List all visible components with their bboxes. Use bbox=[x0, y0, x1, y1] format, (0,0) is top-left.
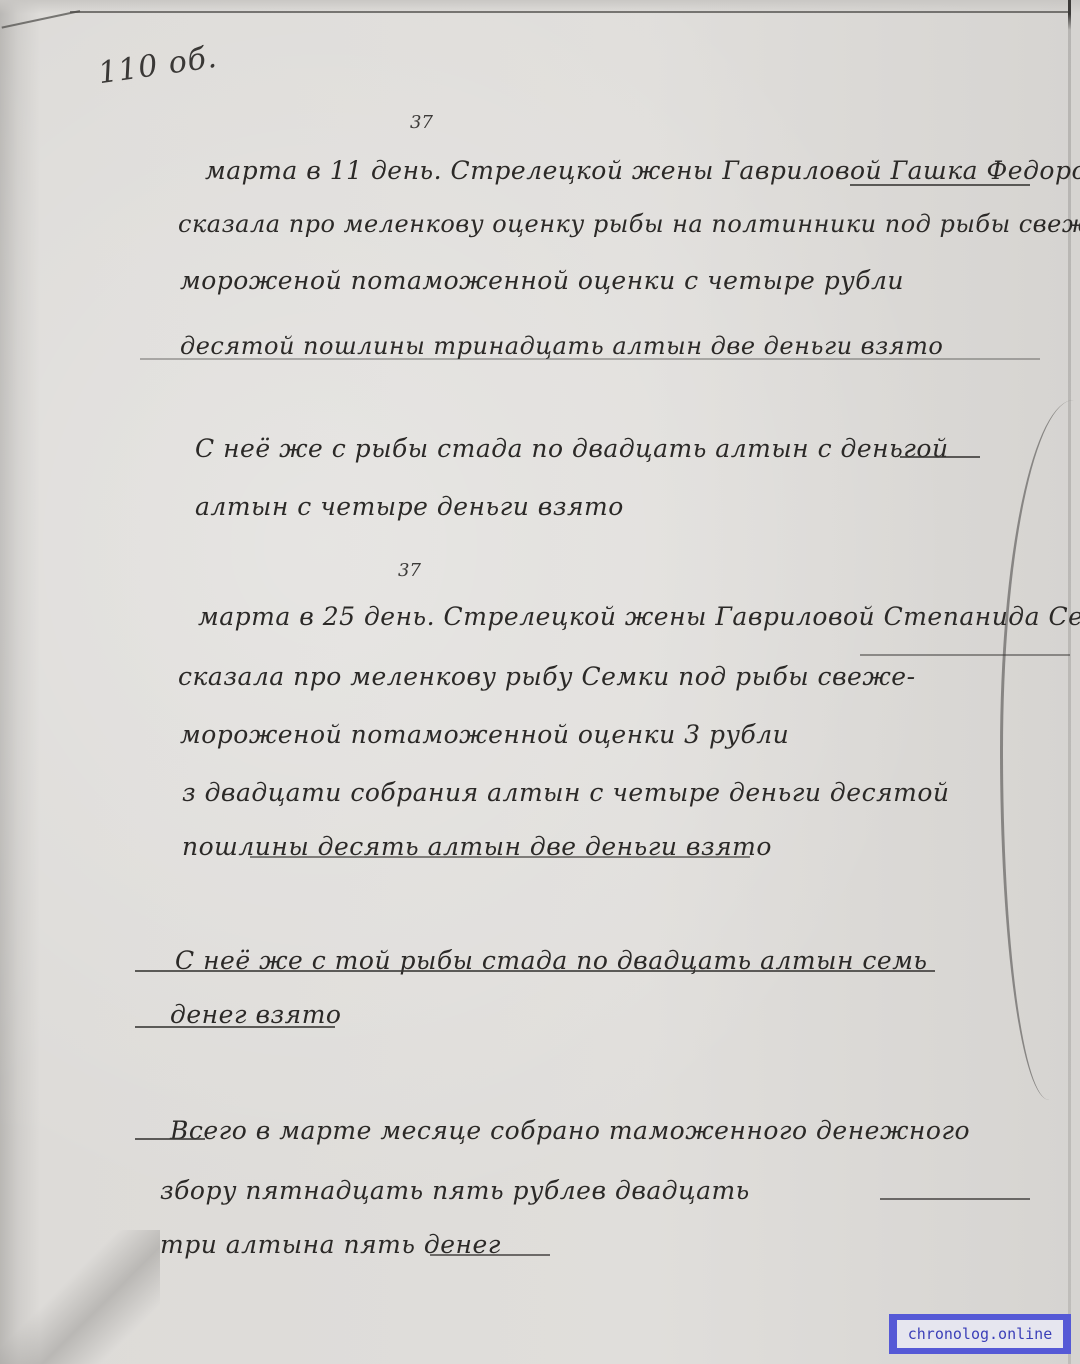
underline bbox=[140, 358, 1040, 360]
entry-line: мороженой потаможенной оценки с четыре р… bbox=[180, 268, 904, 293]
underline bbox=[135, 1138, 205, 1140]
entry-line: марта в 11 день. Стрелецкой жены Гаврило… bbox=[205, 158, 1080, 183]
underline bbox=[850, 184, 1030, 186]
watermark-badge: chronolog.online bbox=[889, 1314, 1071, 1354]
underline bbox=[880, 1198, 1030, 1200]
entry-line: денег взято bbox=[170, 1002, 341, 1027]
entry-line: з двадцати собрания алтын с четыре деньг… bbox=[182, 780, 949, 805]
entry-line: С неё же с рыбы стада по двадцать алтын … bbox=[195, 436, 949, 461]
entry-line: десятой пошлины тринадцать алтын две ден… bbox=[180, 334, 943, 358]
underline bbox=[860, 654, 1070, 656]
entry-line: Всего в марте месяце собрано таможенного… bbox=[170, 1118, 970, 1143]
entry-line: мороженой потаможенной оценки 3 рубли bbox=[180, 722, 789, 747]
page-fold-mark bbox=[1000, 400, 1080, 1100]
folio-number: 110 об. bbox=[96, 40, 219, 91]
manuscript-page: 110 об. 37 марта в 11 день. Стрелецкой ж… bbox=[0, 0, 1080, 1364]
entry-line: марта в 25 день. Стрелецкой жены Гаврило… bbox=[198, 604, 1080, 629]
underline bbox=[250, 856, 750, 858]
underline bbox=[135, 1026, 335, 1028]
underline bbox=[430, 1254, 550, 1256]
entry-line: збору пятнадцать пять рублев двадцать bbox=[160, 1178, 750, 1203]
underline bbox=[135, 970, 935, 972]
underline bbox=[900, 456, 980, 458]
page-corner-crease bbox=[0, 1230, 160, 1364]
watermark-text: chronolog.online bbox=[897, 1320, 1063, 1348]
page-border-line bbox=[70, 11, 1070, 13]
entry-line: сказала про меленкову рыбу Семки под рыб… bbox=[178, 664, 916, 689]
entry-line: сказала про меленкову оценку рыбы на пол… bbox=[178, 212, 1080, 236]
entry-line: алтын с четыре деньги взято bbox=[195, 494, 624, 519]
marginal-note: 37 bbox=[398, 560, 421, 581]
marginal-note: 37 bbox=[410, 112, 433, 133]
